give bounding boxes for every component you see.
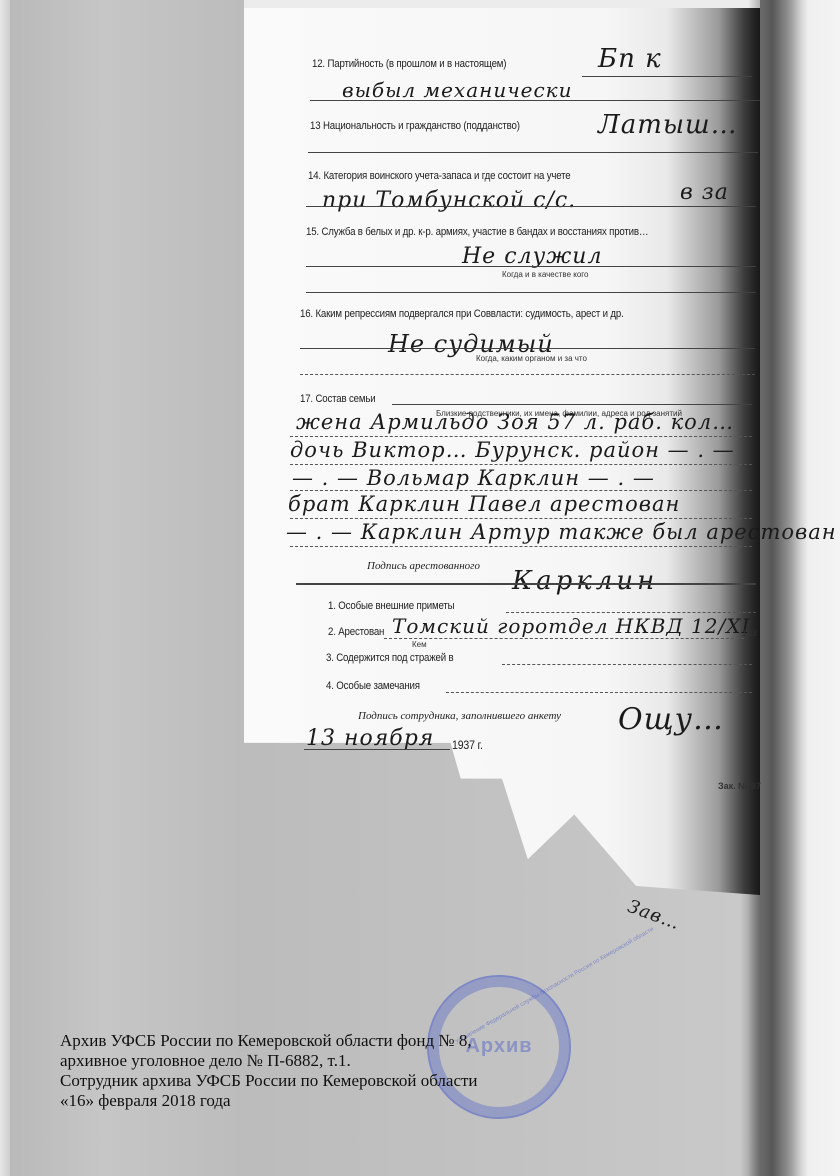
field-12-line <box>582 76 752 77</box>
special-marks-label: 1. Особые внешние приметы <box>328 600 454 612</box>
field-15-label: 15. Служба в белых и др. к-р. армиях, уч… <box>306 226 648 238</box>
family-line-1 <box>290 436 752 437</box>
arrested-by-line <box>384 638 744 639</box>
family-line-5 <box>290 546 752 547</box>
folder-edge <box>10 0 242 1176</box>
field-12-line-2 <box>310 100 760 101</box>
date-handwriting: 13 ноября <box>306 726 434 751</box>
custody-line <box>502 664 752 665</box>
custody-label: 3. Содержится под стражей в <box>326 652 453 664</box>
family-row-2: дочь Виктор… Бурунск. район — . — <box>290 438 735 462</box>
date-year: 1937 г. <box>452 738 483 752</box>
field-15-line-2 <box>306 292 756 293</box>
caption-line-3: Сотрудник архива УФСБ России по Кемеровс… <box>60 1071 478 1091</box>
remarks-line <box>446 692 752 693</box>
arrested-by-handwriting: Томский горотдел НКВД 12/XI <box>392 614 750 638</box>
signature-divider <box>296 583 756 585</box>
field-17-label: 17. Состав семьи <box>300 393 375 405</box>
arrested-by-sublabel: Кем <box>412 640 427 649</box>
field-14-label: 14. Категория воинского учета-запаса и г… <box>308 170 570 182</box>
arrested-signature: Карклин <box>512 566 658 596</box>
field-14-line <box>306 206 756 207</box>
arrested-signature-label: Подпись арестованного <box>367 560 480 572</box>
field-14-handwriting-a: в за <box>680 180 729 205</box>
field-13-label: 13 Национальность и гражданство (подданс… <box>310 120 520 132</box>
officer-signature: Ощу… <box>618 702 724 737</box>
family-row-1: жена Армильдо Зоя 57 л. раб. кол… <box>296 410 734 434</box>
field-16-sublabel: Когда, каким органом и за что <box>476 354 587 363</box>
field-13-handwriting: Латыш… <box>598 110 738 140</box>
page-binding-shadow <box>748 0 808 1176</box>
archive-caption: Архив УФСБ России по Кемеровской области… <box>60 1031 478 1111</box>
remarks-label: 4. Особые замечания <box>326 680 420 692</box>
field-16-line <box>300 348 755 349</box>
sheet-top-edge <box>244 0 760 8</box>
field-15-sublabel: Когда и в качестве кого <box>502 270 588 279</box>
officer-signature-label: Подпись сотрудника, заполнившего анкету <box>358 710 561 722</box>
field-17-line <box>392 404 752 405</box>
family-line-3 <box>290 490 752 491</box>
field-13-line <box>308 152 758 153</box>
field-16-line-2 <box>300 374 755 375</box>
field-12-handwriting-a: Бп к <box>598 44 662 74</box>
caption-line-4: «16» февраля 2018 года <box>60 1091 478 1111</box>
family-row-4: брат Карклин Павел арестован <box>288 492 680 516</box>
date-line <box>304 749 450 750</box>
family-line-4 <box>290 518 752 519</box>
arrested-by-label: 2. Арестован <box>328 626 384 638</box>
field-12-label: 12. Партийность (в прошлом и в настоящем… <box>312 58 506 70</box>
caption-line-1: Архив УФСБ России по Кемеровской области… <box>60 1031 478 1051</box>
family-line-2 <box>290 464 752 465</box>
special-marks-line <box>506 612 756 613</box>
caption-line-2: архивное уголовное дело № П-6882, т.1. <box>60 1051 478 1071</box>
field-14-handwriting-b: при Томбунской с/с. <box>322 188 576 213</box>
field-16-label: 16. Каким репрессиям подвергался при Сов… <box>300 308 624 320</box>
field-12-handwriting-b: выбыл механически <box>342 78 573 102</box>
family-row-3: — . — Вольмар Карклин — . — <box>292 466 655 490</box>
field-15-line <box>306 266 756 267</box>
